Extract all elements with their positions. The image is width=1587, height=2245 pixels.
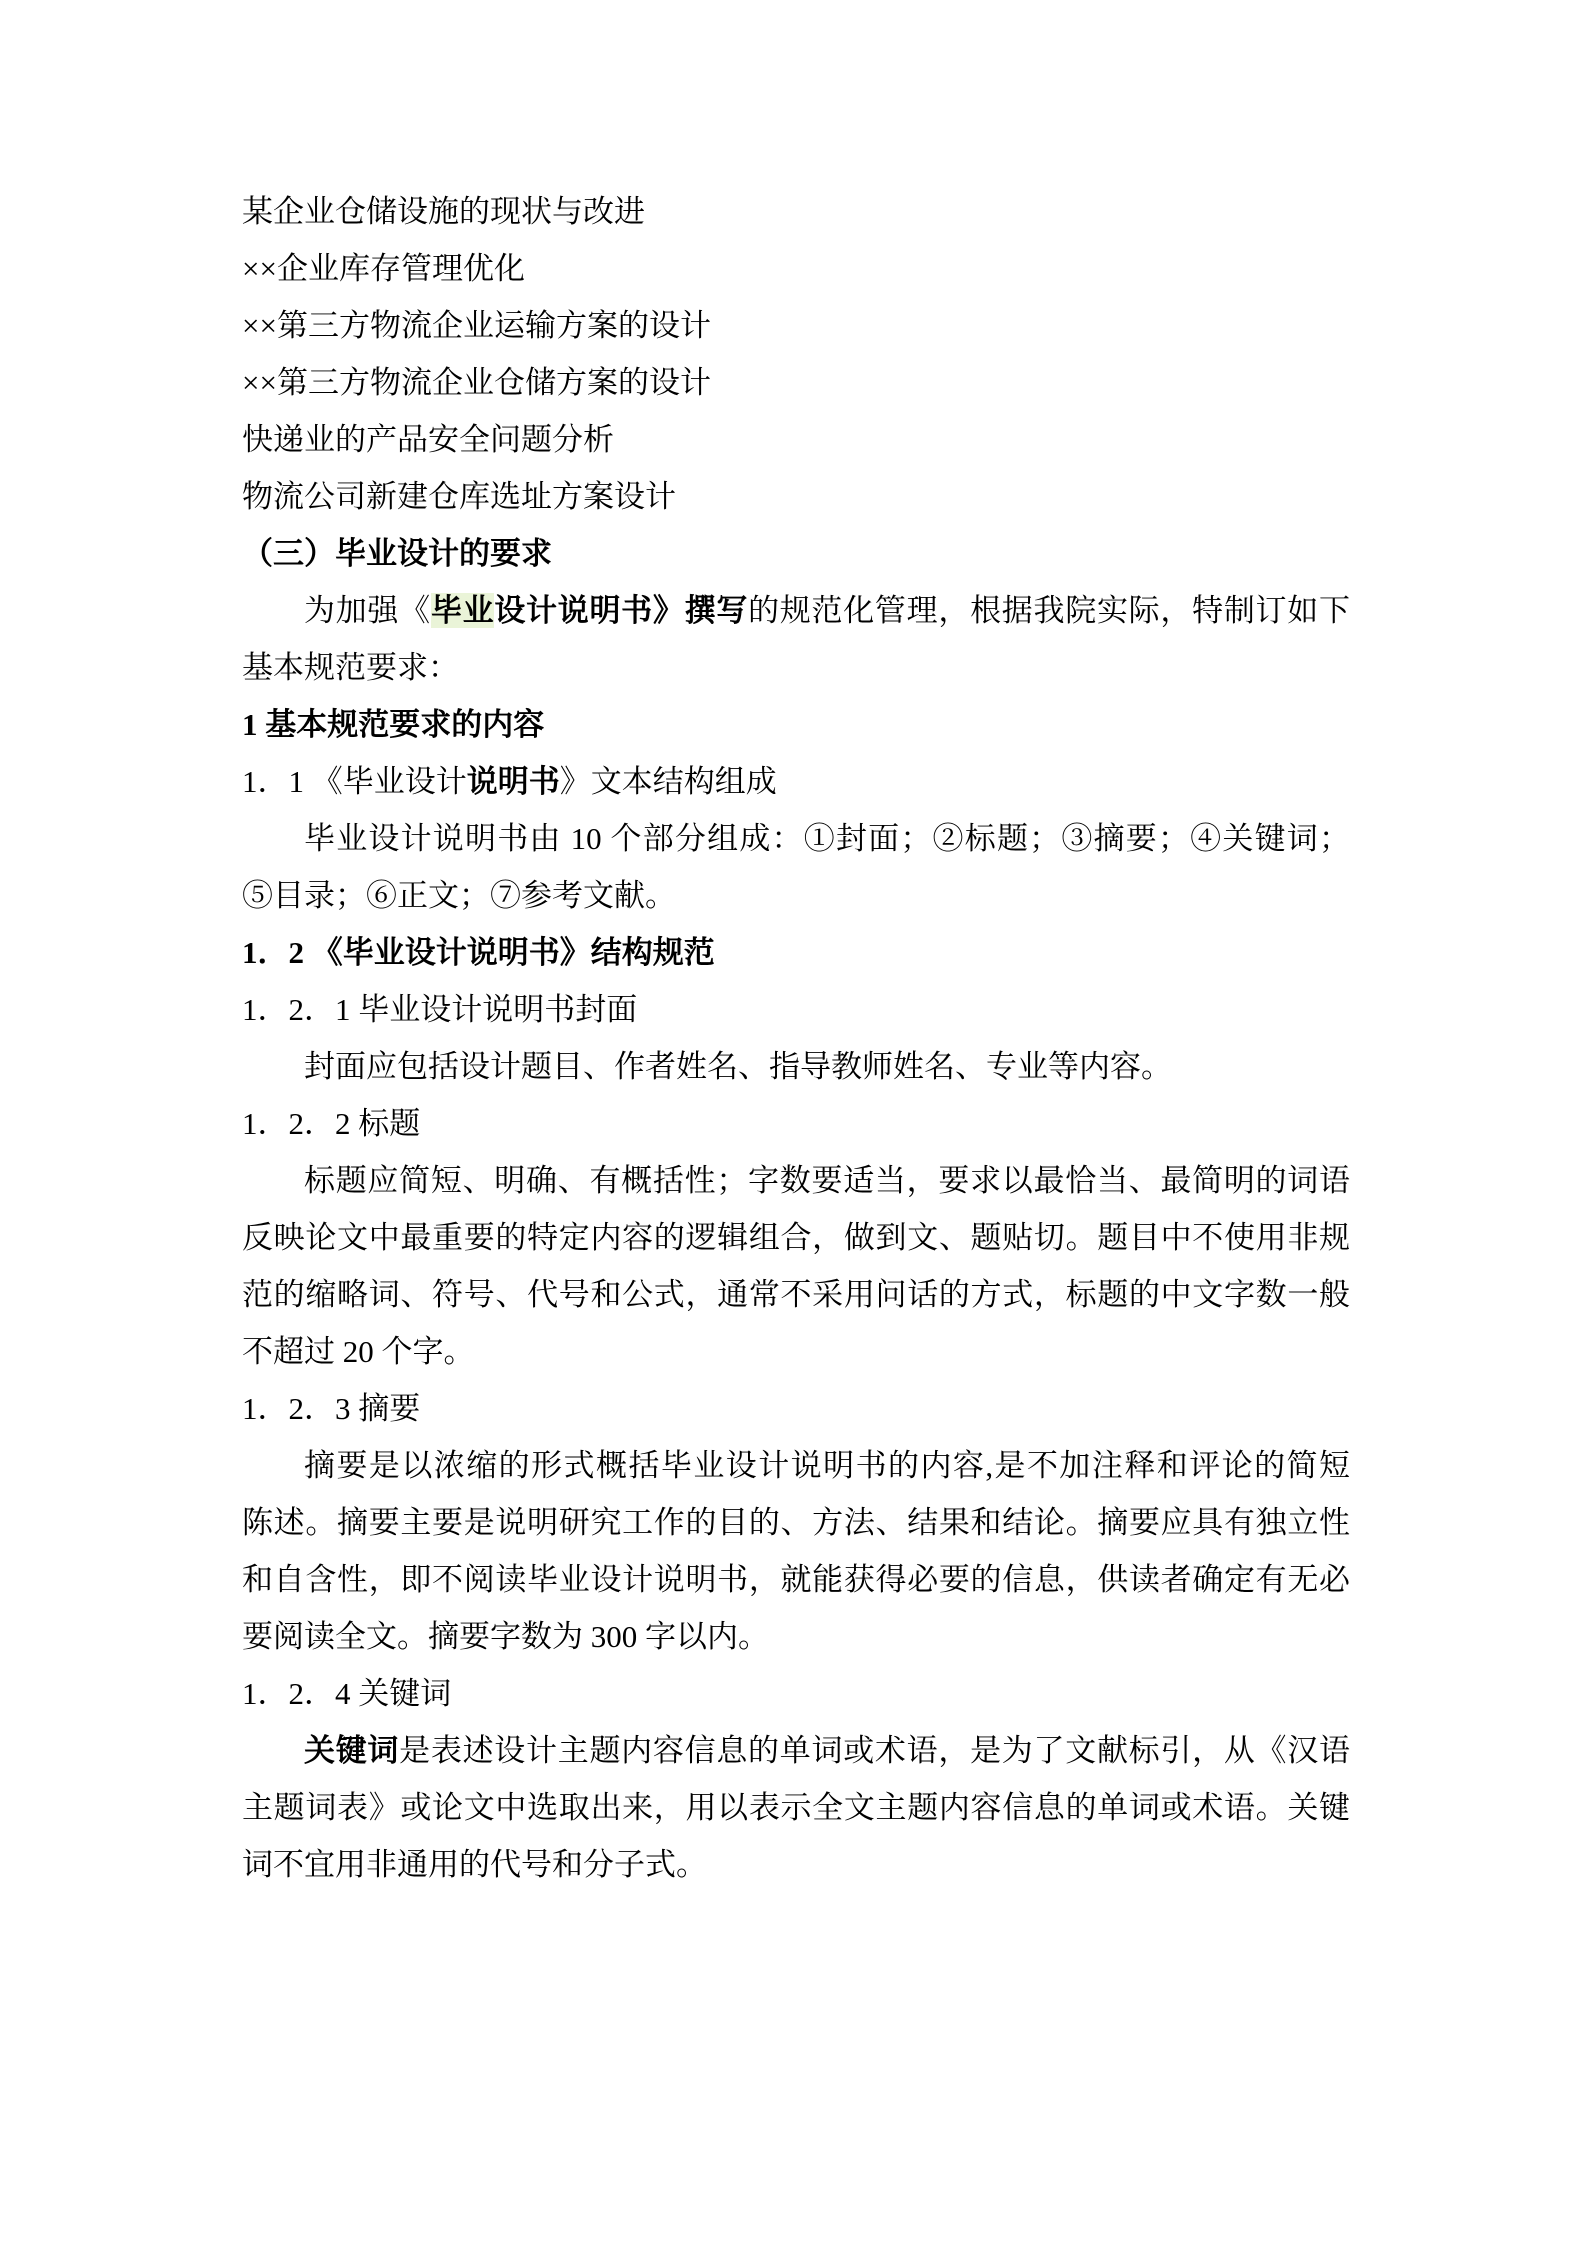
paragraph-line: 封面应包括设计题目、作者姓名、指导教师姓名、专业等内容。: [242, 1038, 1350, 1095]
text-segment: 设计说明书》撰写: [494, 593, 748, 628]
heading-1-2-4: 1．2．4 关键词: [242, 1665, 1350, 1722]
paragraph-line: 标题应简短、明确、有概括性；字数要适当，要求以最恰当、最简明的词语: [242, 1152, 1350, 1209]
paragraph-line: 不超过 20 个字。: [242, 1323, 1350, 1380]
topic-list-item: 某企业仓储设施的现状与改进: [242, 183, 1350, 240]
heading-1: 1 基本规范要求的内容: [242, 696, 1350, 753]
heading-1-2-2: 1．2．2 标题: [242, 1095, 1350, 1152]
text-segment: 为加强《: [304, 593, 431, 628]
topic-list-item: ××第三方物流企业仓储方案的设计: [242, 354, 1350, 411]
topic-list-item: 物流公司新建仓库选址方案设计: [242, 468, 1350, 525]
paragraph-line: 为加强《毕业设计说明书》撰写的规范化管理，根据我院实际，特制订如下: [242, 582, 1350, 639]
paragraph-line: 基本规范要求：: [242, 639, 1350, 696]
text-segment: 说明书: [467, 764, 560, 799]
paragraph-line: 词不宜用非通用的代号和分子式。: [242, 1836, 1350, 1893]
paragraph-line: 主题词表》或论文中选取出来，用以表示全文主题内容信息的单词或术语。关键: [242, 1779, 1350, 1836]
heading-1-1: 1．1 《毕业设计说明书》文本结构组成: [242, 753, 1350, 810]
paragraph-line: 毕业设计说明书由 10 个部分组成：①封面；②标题；③摘要；④关键词；: [242, 810, 1350, 867]
heading-1-2: 1．2 《毕业设计说明书》结构规范: [242, 924, 1350, 981]
highlighted-term: 毕业: [431, 593, 494, 628]
heading-1-2-1: 1．2．1 毕业设计说明书封面: [242, 981, 1350, 1038]
paragraph-line: 和自含性，即不阅读毕业设计说明书，就能获得必要的信息，供读者确定有无必: [242, 1551, 1350, 1608]
text-segment: 的规范化管理，根据我院实际，特制订如下: [748, 593, 1350, 628]
paragraph-line: 关键词是表述设计主题内容信息的单词或术语，是为了文献标引，从《汉语: [242, 1722, 1350, 1779]
text-segment: 是表述设计主题内容信息的单词或术语，是为了文献标引，从《汉语: [399, 1733, 1350, 1768]
keyword-term: 关键词: [304, 1733, 399, 1768]
paragraph-line: 摘要是以浓缩的形式概括毕业设计说明书的内容,是不加注释和评论的简短: [242, 1437, 1350, 1494]
topic-list-item: 快递业的产品安全问题分析: [242, 411, 1350, 468]
text-segment: 1．1 《毕业设计: [242, 764, 467, 799]
paragraph-line: 要阅读全文。摘要字数为 300 字以内。: [242, 1608, 1350, 1665]
section-heading-3: （三）毕业设计的要求: [242, 525, 1350, 582]
text-segment: 》文本结构组成: [560, 764, 777, 799]
paragraph-line: ⑤目录；⑥正文；⑦参考文献。: [242, 867, 1350, 924]
heading-1-2-3: 1．2．3 摘要: [242, 1380, 1350, 1437]
paragraph-line: 范的缩略词、符号、代号和公式，通常不采用问话的方式，标题的中文字数一般: [242, 1266, 1350, 1323]
paragraph-line: 反映论文中最重要的特定内容的逻辑组合，做到文、题贴切。题目中不使用非规: [242, 1209, 1350, 1266]
topic-list-item: ××第三方物流企业运输方案的设计: [242, 297, 1350, 354]
topic-list-item: ××企业库存管理优化: [242, 240, 1350, 297]
document-page: 某企业仓储设施的现状与改进 ××企业库存管理优化 ××第三方物流企业运输方案的设…: [0, 0, 1587, 2245]
paragraph-line: 陈述。摘要主要是说明研究工作的目的、方法、结果和结论。摘要应具有独立性: [242, 1494, 1350, 1551]
